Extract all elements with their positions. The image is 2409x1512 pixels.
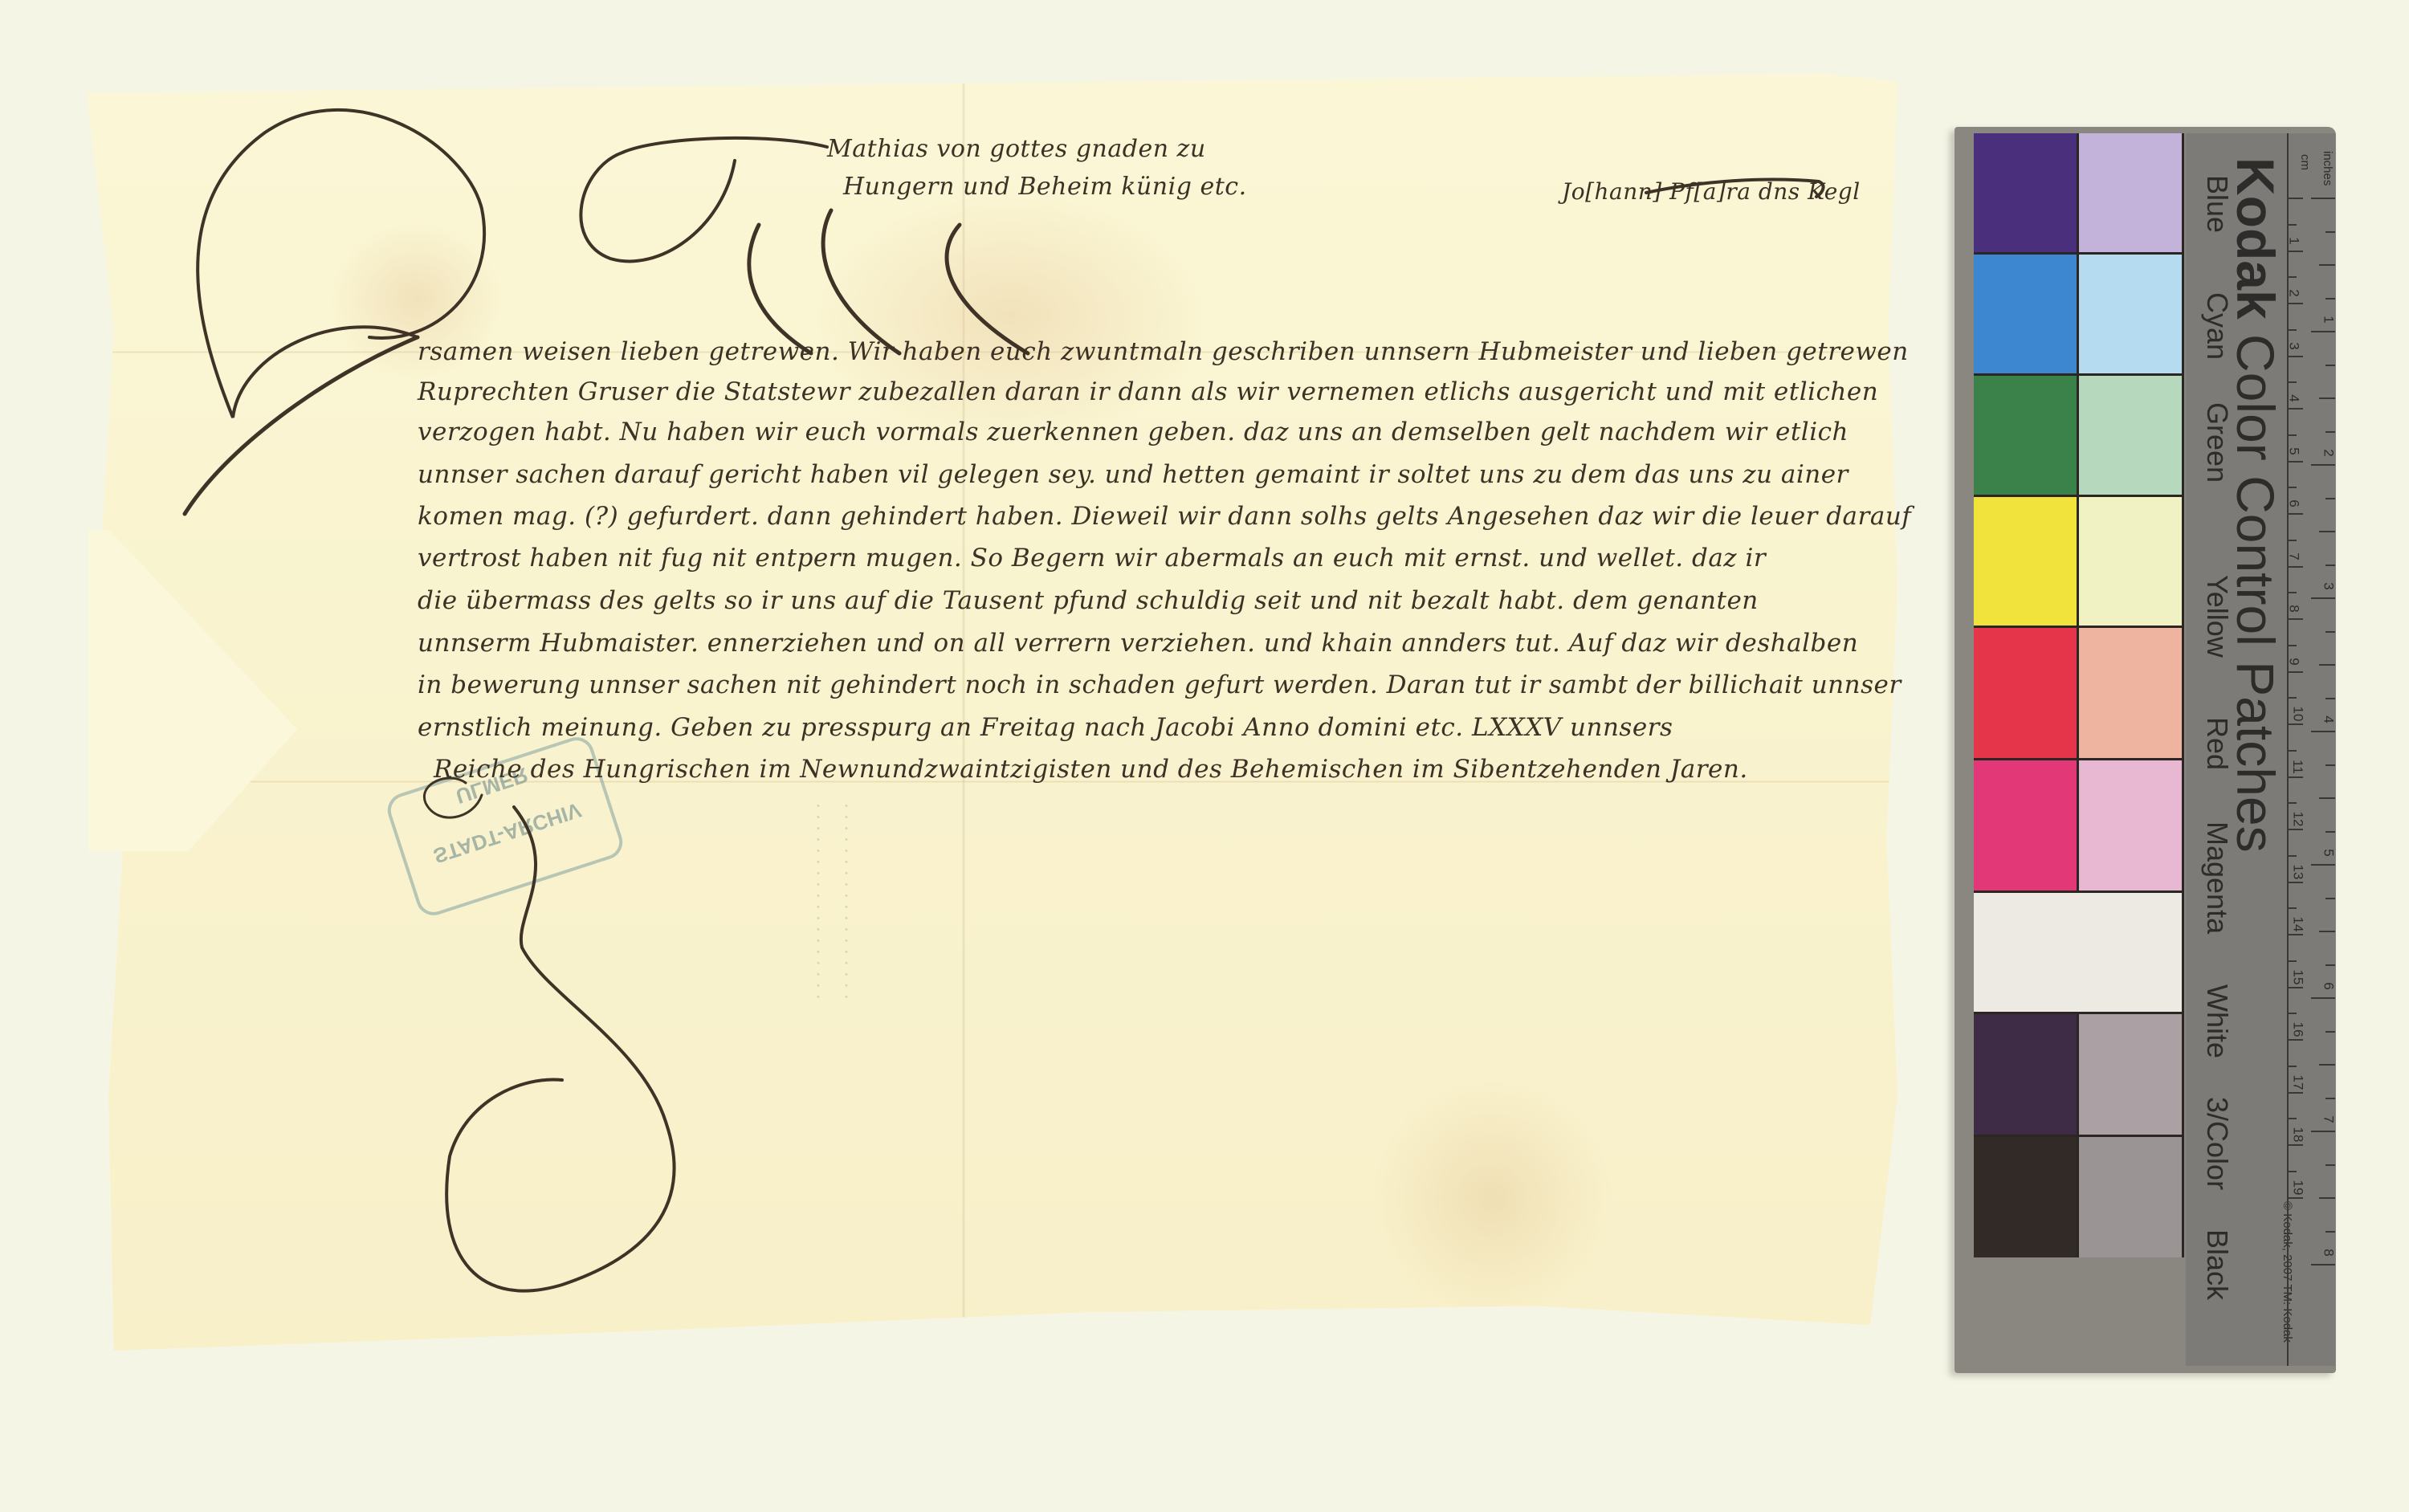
patch-red-dark	[1974, 628, 2079, 758]
patch-black-dark	[1974, 1137, 2079, 1257]
cm-tick	[2289, 1066, 2297, 1067]
cm-tick-label: 5	[2286, 447, 2302, 454]
cm-tick-label: 3	[2286, 342, 2302, 349]
cm-tick	[2289, 381, 2297, 383]
label-cyan: Cyan	[2200, 292, 2234, 360]
inch-tick	[2325, 1031, 2335, 1033]
cm-tick-label: 8	[2286, 605, 2302, 612]
cm-tick	[2289, 882, 2303, 883]
label-3color: 3/Color	[2200, 1097, 2234, 1190]
inch-tick	[2325, 631, 2335, 633]
cm-tick	[2289, 1171, 2297, 1172]
patch-row-black	[1974, 1137, 2184, 1257]
cm-tick	[2289, 276, 2297, 278]
inch-tick	[2325, 964, 2335, 966]
inch-tick	[2319, 1197, 2335, 1199]
cm-tick	[2289, 513, 2303, 515]
inch-tick	[2319, 531, 2335, 532]
cm-tick	[2289, 1118, 2297, 1119]
body-line: unnserm Hubmaister. ennerziehen und on a…	[418, 629, 1858, 658]
label-blue: Blue	[2200, 175, 2234, 233]
inch-tick	[2311, 997, 2335, 999]
cm-tick	[2289, 855, 2297, 857]
inch-tick	[2319, 397, 2335, 399]
cm-tick	[2289, 960, 2297, 962]
inch-tick	[2325, 831, 2335, 833]
patch-magenta-light	[2079, 760, 2184, 890]
patch-green-dark	[1974, 376, 2079, 495]
inch-tick	[2325, 231, 2335, 233]
ruler-unit-cm: cm	[2298, 154, 2312, 170]
ruler-unit-inches: inches	[2321, 151, 2334, 185]
cm-tick-label: 11	[2289, 760, 2305, 774]
cm-tick	[2289, 1144, 2303, 1146]
inch-tick	[2325, 431, 2335, 433]
inch-tick-label: 8	[2320, 1249, 2336, 1256]
patch-blue-dark	[1974, 133, 2079, 252]
patch-white	[1974, 893, 2184, 1012]
body-line: vertrost haben nit fug nit entpern mugen…	[418, 544, 1766, 573]
inch-tick-label: 5	[2320, 849, 2336, 856]
cm-tick-label: 4	[2286, 394, 2302, 401]
inch-tick-label: 2	[2320, 449, 2336, 456]
patch-row-white	[1974, 893, 2184, 1014]
cm-tick	[2289, 251, 2303, 252]
label-green: Green	[2200, 402, 2234, 483]
cm-tick	[2289, 303, 2303, 304]
patch-3color-dark	[1974, 1014, 2079, 1135]
patch-red-light	[2079, 628, 2184, 758]
patch-row-yellow	[1974, 497, 2184, 628]
body-line: komen mag. (?) gefurdert. dann gehindert…	[418, 502, 1911, 531]
cm-tick-label: 10	[2289, 707, 2305, 722]
cm-tick	[2289, 461, 2303, 463]
label-black: Black	[2200, 1229, 2234, 1300]
inch-tick	[2311, 198, 2335, 199]
color-patches	[1974, 133, 2184, 1257]
inch-tick	[2311, 1264, 2335, 1265]
manuscript-paper	[87, 74, 1897, 1351]
cm-tick-label: 15	[2289, 969, 2305, 984]
inch-tick	[2319, 664, 2335, 666]
patch-3color-light	[2079, 1014, 2184, 1135]
cm-tick-label: 16	[2289, 1022, 2305, 1037]
cm-tick	[2289, 802, 2297, 804]
patch-row-cyan	[1974, 255, 2184, 376]
cm-tick	[2289, 1039, 2303, 1041]
inch-tick	[2325, 764, 2335, 766]
cm-tick	[2289, 434, 2297, 436]
cm-tick	[2289, 618, 2303, 620]
cm-tick	[2289, 592, 2297, 593]
body-line: verzogen habt. Nu haben wir euch vormals…	[418, 418, 1849, 446]
cm-tick-label: 14	[2289, 917, 2305, 932]
cm-tick	[2289, 1092, 2303, 1094]
body-line: in bewerung unnser sachen nit gehindert …	[418, 670, 1902, 699]
inch-tick	[2311, 864, 2335, 866]
inch-tick-label: 4	[2320, 715, 2336, 723]
inch-tick-label: 1	[2320, 316, 2336, 323]
inch-tick	[2311, 731, 2335, 732]
cm-tick	[2289, 566, 2303, 568]
patch-magenta-dark	[1974, 760, 2079, 890]
kodak-brand: Kodak	[2226, 157, 2285, 320]
cm-tick	[2289, 408, 2303, 410]
inch-tick	[2319, 797, 2335, 799]
cm-tick-label: 7	[2286, 552, 2302, 560]
cm-tick	[2289, 329, 2297, 331]
patch-yellow-dark	[1974, 497, 2079, 626]
header-line-1: Mathias von gottes gnaden zu	[827, 135, 1206, 163]
paper-stain	[1372, 1078, 1612, 1318]
inch-tick	[2325, 498, 2335, 499]
inch-tick	[2319, 931, 2335, 932]
patch-cyan-light	[2079, 255, 2184, 373]
kodak-title: Kodak Color Control Patches	[2228, 157, 2284, 853]
body-line: unnser sachen darauf gericht haben vil g…	[418, 460, 1849, 489]
inch-tick	[2325, 1164, 2335, 1166]
inch-tick	[2325, 298, 2335, 300]
header-right-note: Jo[hann] Pf[a]ra dns Kegl	[1562, 178, 1861, 205]
cm-tick	[2289, 907, 2297, 909]
cm-tick	[2289, 934, 2303, 935]
patch-row-3color	[1974, 1014, 2184, 1137]
bleed-through-text: · · · · · · · · · · · · · · · · · ·	[835, 803, 855, 1204]
label-white: White	[2200, 984, 2234, 1058]
cm-tick	[2289, 540, 2297, 541]
cm-tick	[2289, 750, 2297, 752]
cm-tick-label: 18	[2289, 1127, 2305, 1143]
inch-tick	[2325, 564, 2335, 566]
patch-blue-light	[2079, 133, 2184, 252]
cm-tick	[2289, 1197, 2303, 1199]
inch-tick	[2325, 898, 2335, 899]
cm-tick-label: 17	[2289, 1074, 2305, 1090]
kodak-title-rest: Color Control Patches	[2226, 320, 2285, 853]
inch-tick	[2325, 365, 2335, 366]
cm-tick-label: 13	[2289, 864, 2305, 879]
patch-black-light	[2079, 1137, 2184, 1257]
body-line: ernstlich meinung. Geben zu presspurg an…	[418, 713, 1673, 742]
patch-row-green	[1974, 376, 2184, 497]
patch-row-red	[1974, 628, 2184, 760]
inch-tick	[2311, 597, 2335, 599]
body-line: Ruprechten Gruser die Statstewr zubezall…	[418, 377, 1878, 406]
inch-tick	[2325, 698, 2335, 699]
body-line: rsamen weisen lieben getrewen. Wir haben…	[418, 337, 1909, 366]
patch-cyan-dark	[1974, 255, 2079, 373]
cm-tick-label: 6	[2286, 499, 2302, 507]
inch-tick	[2325, 1231, 2335, 1233]
cm-tick	[2289, 224, 2297, 226]
label-strip: Kodak Color Control Patches Blue Cyan Gr…	[2186, 133, 2335, 1366]
kodak-color-control-card: Kodak Color Control Patches Blue Cyan Gr…	[1955, 127, 2336, 1373]
inch-tick-label: 7	[2320, 1115, 2336, 1123]
cm-tick-label: 1	[2286, 237, 2302, 244]
inch-tick	[2319, 264, 2335, 266]
cm-tick	[2289, 987, 2303, 988]
patch-row-blue	[1974, 133, 2184, 255]
cm-tick	[2289, 198, 2303, 199]
cm-tick-label: 12	[2289, 812, 2305, 827]
body-line: Reiche des Hungrischen im Newnundzwaintz…	[434, 755, 1748, 784]
patch-green-light	[2079, 376, 2184, 495]
header-line-2: Hungern und Beheim künig etc.	[843, 173, 1247, 201]
label-red: Red	[2200, 717, 2234, 770]
cm-tick	[2289, 487, 2297, 488]
inch-tick-label: 3	[2320, 582, 2336, 589]
cm-tick	[2289, 1013, 2297, 1014]
cm-tick-label: 2	[2286, 289, 2302, 296]
cm-tick-label: 19	[2289, 1180, 2305, 1195]
label-magenta: Magenta	[2200, 821, 2234, 934]
cm-tick	[2289, 697, 2297, 699]
body-line: die übermass des gelts so ir uns auf die…	[418, 586, 1759, 615]
cm-tick	[2289, 829, 2303, 830]
ruler: cm inches 123456789101112131415161718191…	[2287, 133, 2335, 1366]
inch-tick	[2311, 464, 2335, 466]
inch-tick	[2311, 331, 2335, 332]
cm-tick	[2289, 356, 2303, 357]
inch-tick	[2325, 1098, 2335, 1099]
cm-tick	[2289, 776, 2303, 778]
cm-tick-label: 9	[2286, 658, 2302, 665]
inch-tick	[2319, 1064, 2335, 1066]
patch-yellow-light	[2079, 497, 2184, 626]
bleed-through-text: · · · · · · · · · · · · · · · · · ·	[807, 803, 827, 1204]
inch-tick-label: 6	[2320, 982, 2336, 989]
patch-row-magenta	[1974, 760, 2184, 893]
label-yellow: Yellow	[2200, 575, 2234, 658]
cm-tick	[2289, 671, 2303, 673]
cm-tick	[2289, 723, 2303, 725]
inch-tick	[2311, 1131, 2335, 1132]
cm-tick	[2289, 645, 2297, 646]
